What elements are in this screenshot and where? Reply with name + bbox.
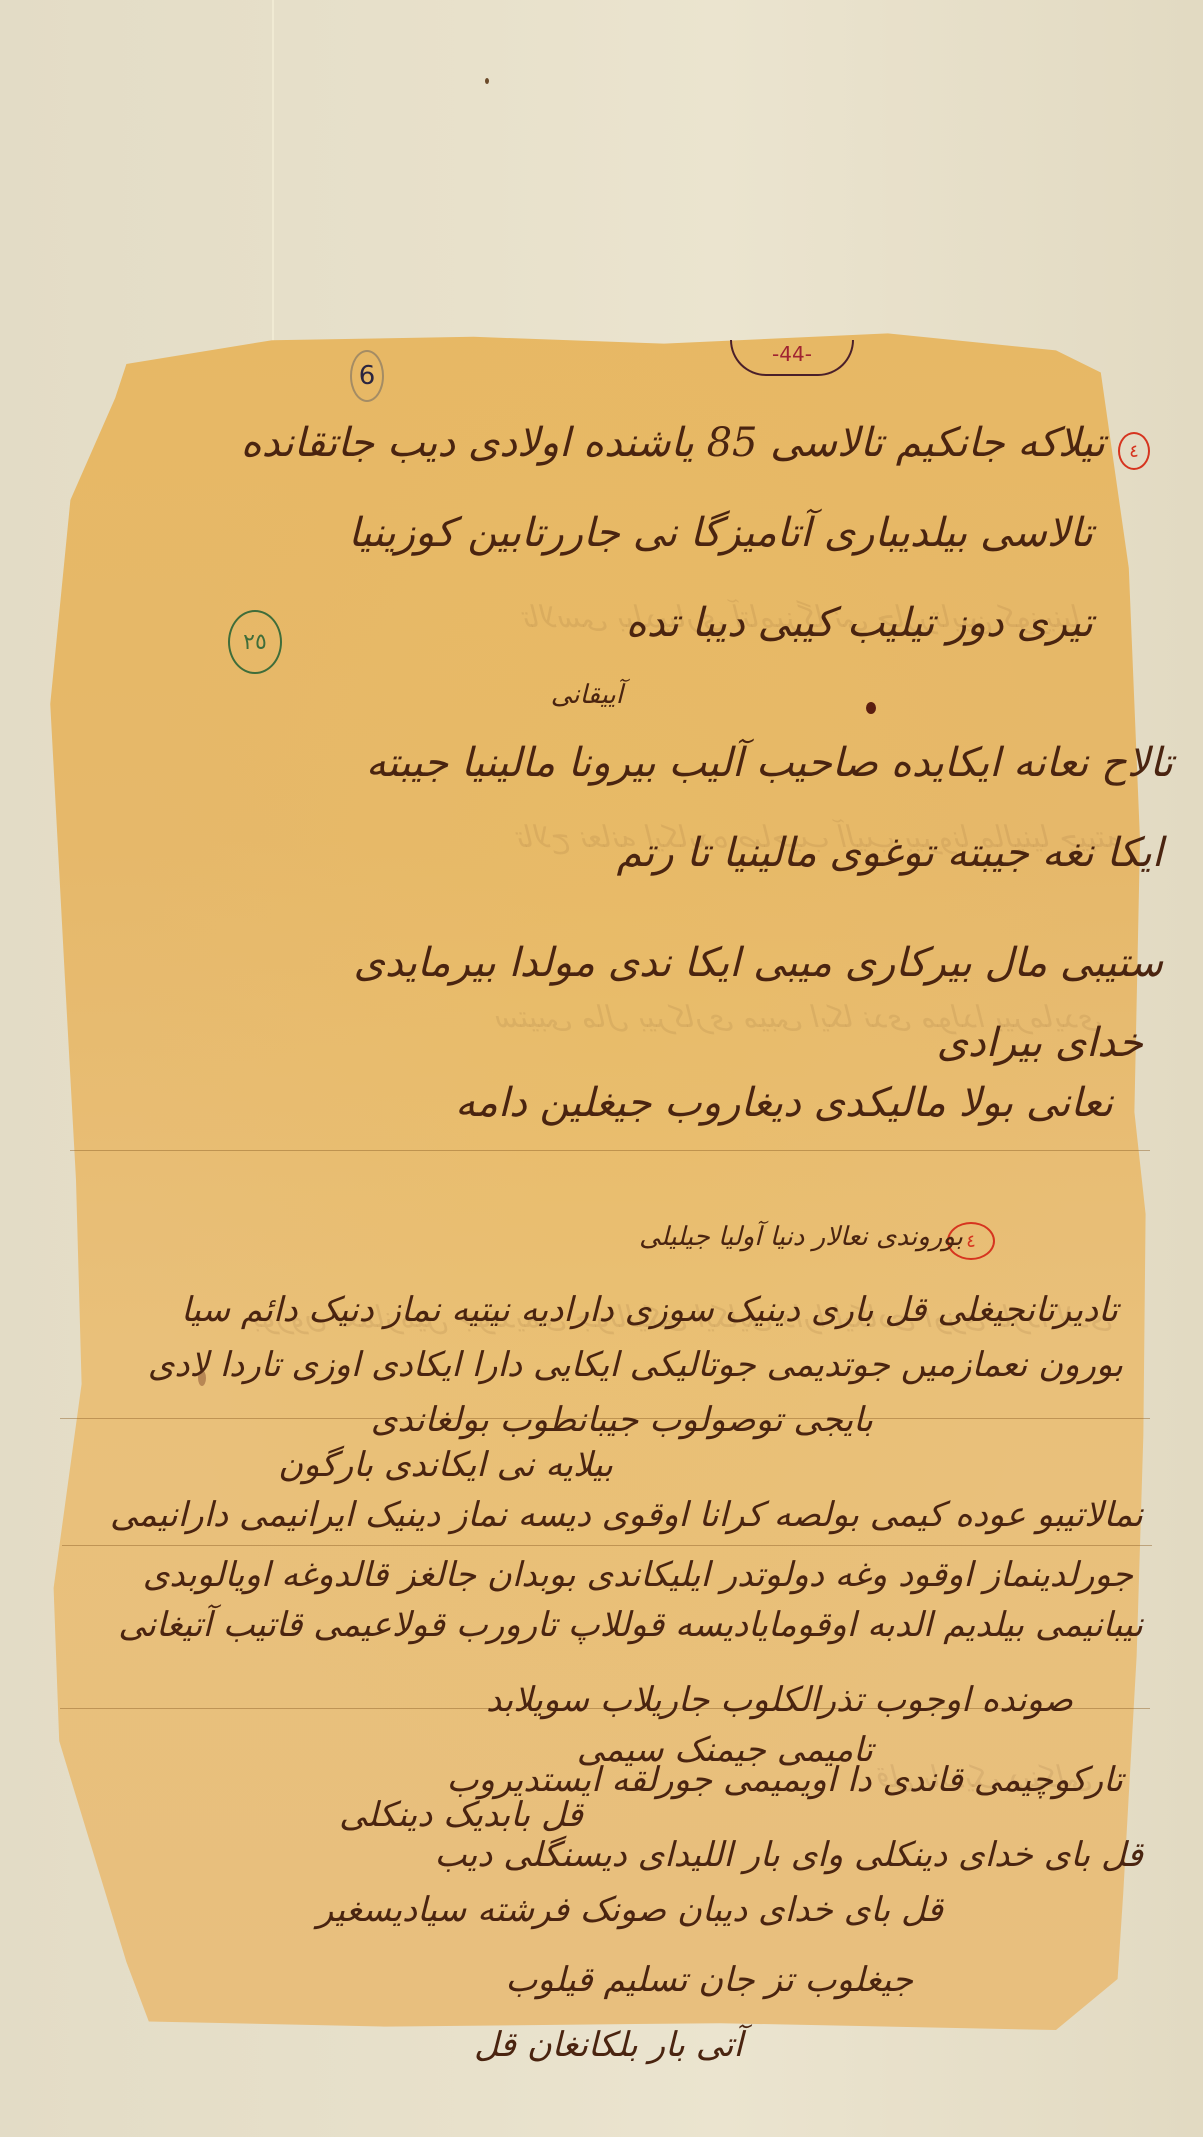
manuscript-line: قل بای خدای دینکلی وای بار اللیدای دیسنگ… bbox=[434, 1835, 1143, 1875]
manuscript-line: قل بابدیک دینکلی bbox=[339, 1795, 583, 1835]
manuscript-line: نمالاتیبو عوده کیمی بولصه کرانا اوقوی دی… bbox=[110, 1495, 1143, 1535]
manuscript-line: بیلایه نی ایکاندی بارگون bbox=[278, 1445, 613, 1485]
green-annotation-glyph: ٢٥ bbox=[243, 630, 267, 655]
manuscript-line: تیری دوز تیلیب کیبی دیبا تده bbox=[626, 600, 1093, 646]
manuscript-line: نعانی بولا مالیکدی دیغاروب جیغلین دامه bbox=[455, 1080, 1113, 1126]
manuscript-line: تیلاکه جانکیم تالاسی 85 یاشنده اولادی دی… bbox=[241, 420, 1105, 466]
manuscript-line: ستیبی مال بیرکاری میبی ایکا ندی مولدا بی… bbox=[354, 940, 1163, 986]
manuscript-line: بایجی توصولوب جیبانطوب بولغاندی bbox=[371, 1400, 873, 1440]
manuscript-heading: آییقانی bbox=[551, 680, 623, 710]
manuscript-line: آتی بار بلکانغان قل bbox=[474, 2025, 743, 2065]
manuscript-line: ایکا نغه جیبته توغوی مالینیا تا رتم bbox=[617, 830, 1163, 876]
backdrop-speck bbox=[485, 78, 489, 84]
manuscript-line: جیغلوب تز جان تسلیم قیلوب bbox=[505, 1960, 913, 2000]
paper-tear-line bbox=[70, 1150, 1150, 1151]
manuscript-line: جورلدینماز اوقود وغه دولوتدر ایلیکاندی ب… bbox=[143, 1555, 1133, 1595]
manuscript-line: نیبانیمی بیلدیم الدبه اوقومایادیسه قوللا… bbox=[118, 1605, 1143, 1645]
section-title: بوروندی نعالار دنیا آولیا جیلیلی bbox=[639, 1222, 963, 1252]
manuscript-line: تادیرتانجیغلی قل باری دینیک سوزی دارادیه… bbox=[181, 1290, 1118, 1330]
manuscript-line: تامیمی جیمنک سیمی bbox=[577, 1730, 873, 1770]
pencil-number: 6 bbox=[359, 361, 376, 391]
manuscript-line: تالاسی بیلدیباری آتامیزگا نی جاررتابین ک… bbox=[348, 510, 1093, 556]
red-circled-marker-top: ٤ bbox=[1118, 432, 1150, 470]
manuscript-line: تالاح نعانه ایکایده صاحیب آلیب بیرونا ما… bbox=[366, 740, 1173, 786]
ink-blot bbox=[866, 702, 876, 714]
paper-tear-line bbox=[62, 1545, 1152, 1546]
backdrop-fold-line bbox=[272, 0, 274, 380]
red-section-glyph: ٤ bbox=[966, 1231, 976, 1252]
red-marker-glyph: ٤ bbox=[1129, 441, 1139, 462]
page-number-circled: -44- bbox=[730, 340, 854, 376]
manuscript-line: صونده اوجوب تذرالکلوب جاریلاب سویلابد bbox=[486, 1680, 1073, 1720]
manuscript-line: قل بای خدای دیبان صونک فرشته سیادیسغیر bbox=[317, 1890, 943, 1930]
pencil-circled-number: 6 bbox=[350, 350, 384, 402]
green-circled-annotation: ٢٥ bbox=[228, 610, 282, 674]
manuscript-line: بورون نعمازمیں جوتدیمی جوتالیکی ایکایی د… bbox=[148, 1345, 1123, 1385]
manuscript-line: خدای بیرادی bbox=[937, 1020, 1143, 1066]
